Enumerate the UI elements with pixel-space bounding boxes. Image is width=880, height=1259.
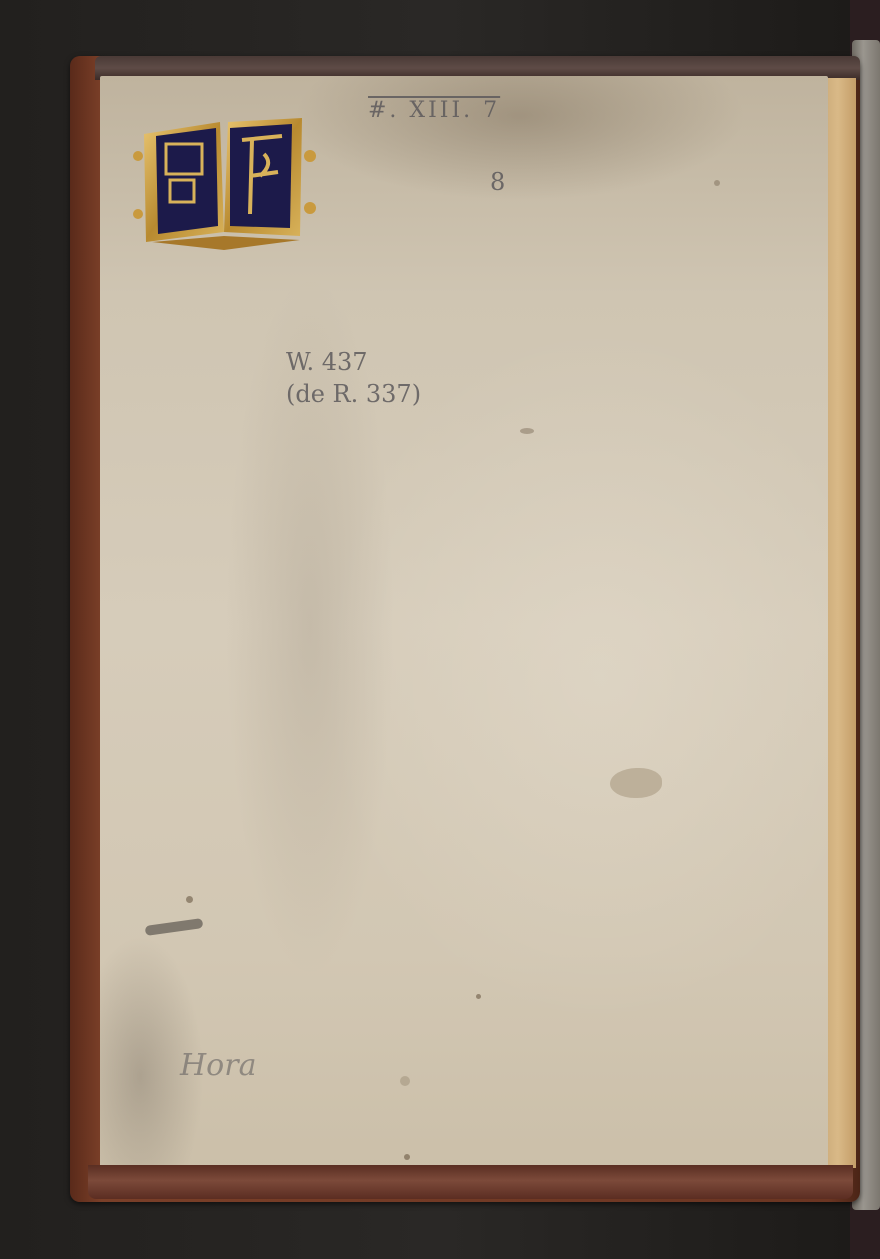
former-number-annotation: (de R. 337) <box>286 380 421 408</box>
shelfmark-annotation: #. XIII. 7 <box>368 98 500 123</box>
cover-bottom-edge <box>88 1165 853 1199</box>
open-book-stamp-icon <box>132 114 317 254</box>
call-number-annotation: W. 437 <box>286 348 368 376</box>
foxing-spot <box>714 180 720 186</box>
number-annotation: 8 <box>490 168 505 196</box>
foxing-spot <box>400 1076 410 1086</box>
foxing-spot <box>520 428 534 434</box>
foxing-spot <box>404 1154 410 1160</box>
ink-spot <box>186 896 193 903</box>
water-stain <box>610 768 662 798</box>
foxing-spot <box>476 994 481 999</box>
hora-annotation: Hora <box>180 1048 256 1083</box>
